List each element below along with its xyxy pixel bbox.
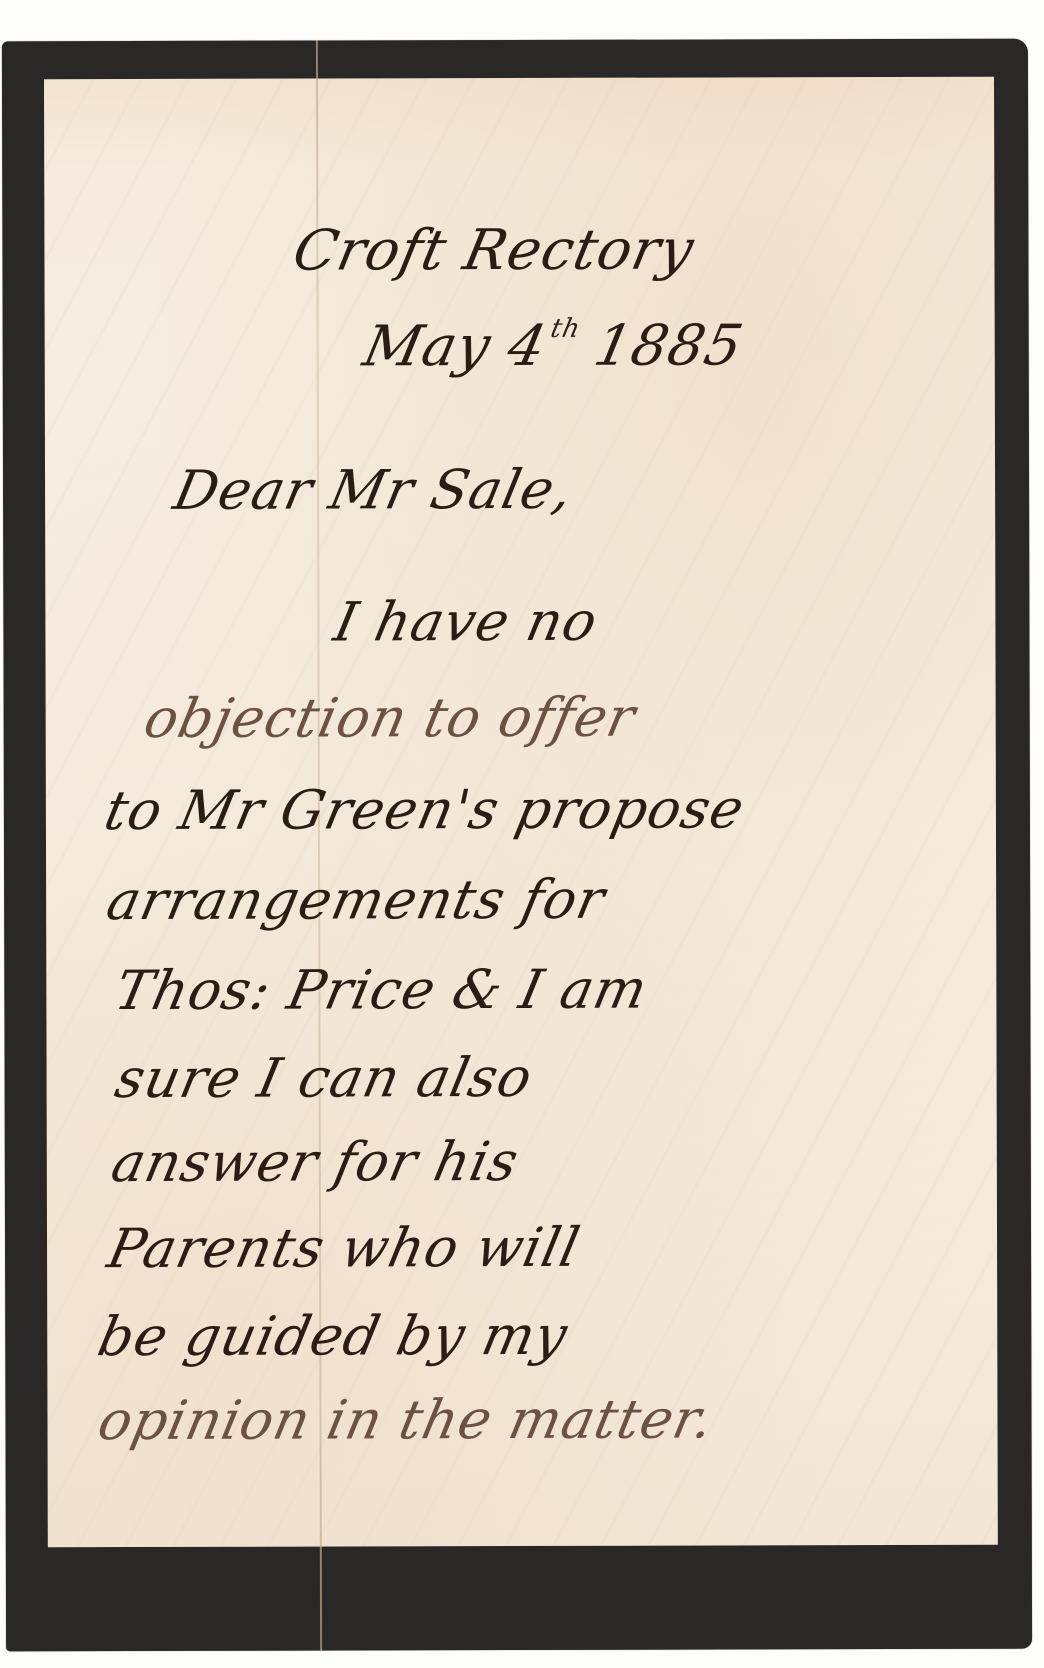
body-line: opinion in the matter. <box>93 1387 720 1452</box>
body-line: be guided by my <box>93 1304 574 1368</box>
body-line: Parents who will <box>102 1216 585 1280</box>
date-ordinal: th <box>548 314 584 344</box>
body-line: answer for his <box>106 1130 524 1194</box>
body-line: I have no <box>329 590 604 654</box>
scanned-letter: Croft Rectory May 4th 1885 Dear Mr Sale,… <box>0 0 1044 1668</box>
body-line: sure I can also <box>110 1046 538 1110</box>
body-line: to Mr Green's propose <box>99 777 750 842</box>
sender-address: Croft Rectory <box>288 218 700 284</box>
body-line: Thos: Price & I am <box>110 958 654 1022</box>
mourning-border-card: Croft Rectory May 4th 1885 Dear Mr Sale,… <box>2 39 1032 1652</box>
date-day: May 4 <box>358 314 552 380</box>
letter-paper: Croft Rectory May 4th 1885 Dear Mr Sale,… <box>44 77 998 1547</box>
letter-date: May 4th 1885 <box>358 313 749 379</box>
body-line: objection to offer <box>139 686 641 750</box>
salutation: Dear Mr Sale, <box>168 458 579 522</box>
body-line: arrangements for <box>102 868 611 932</box>
date-year: 1885 <box>589 313 749 378</box>
